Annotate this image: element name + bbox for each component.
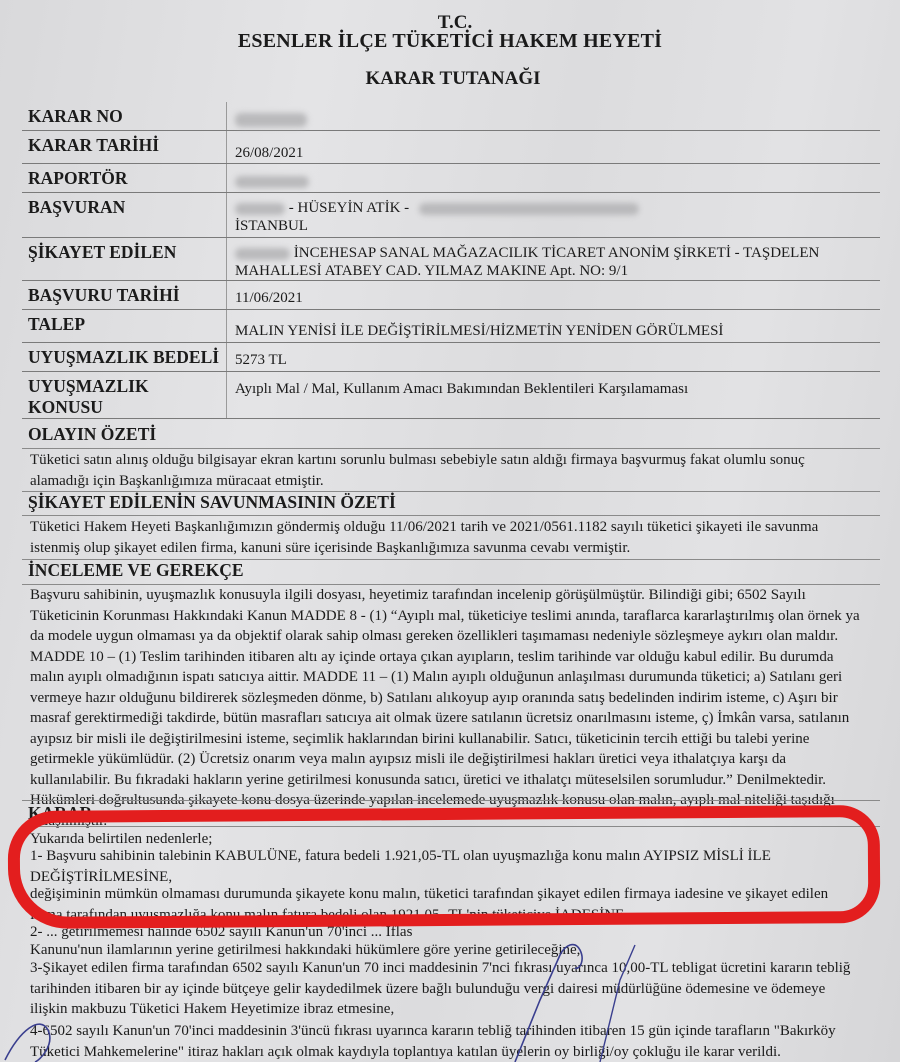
karar-item-3: 3-Şikayet edilen firma tarafından 6502 s…	[30, 958, 860, 1020]
row-basvuru-tarihi: BAŞVURU TARİHİ 11/06/2021	[22, 281, 880, 310]
field-value-redacted	[227, 102, 307, 130]
field-label: UYUŞMAZLIK BEDELİ	[22, 343, 227, 371]
field-value: Ayıplı Mal / Mal, Kullanım Amacı Bakımın…	[227, 372, 688, 418]
document-title: ESENLER İLÇE TÜKETİCİ HAKEM HEYETİ	[0, 30, 900, 53]
row-talep: TALEP MALIN YENİSİ İLE DEĞİŞTİRİLMESİ/Hİ…	[22, 310, 880, 343]
respondent-name: İNCEHESAP SANAL MAĞAZACILIK TİCARET ANON…	[294, 245, 820, 261]
field-value: - HÜSEYİN ATİK - İSTANBUL	[227, 193, 639, 237]
section-heading-karar: KARAR	[28, 803, 92, 824]
row-karar-no: KARAR NO	[22, 102, 880, 131]
case-info-table: KARAR NO KARAR TARİHİ 26/08/2021 RAPORTÖ…	[22, 102, 880, 419]
section-text-inceleme: Başvuru sahibinin, uyuşmazlık konusuyla …	[30, 585, 860, 831]
section-text-olay: Tüketici satın alınış olduğu bilgisayar …	[30, 450, 860, 491]
field-label: UYUŞMAZLIK KONUSU	[22, 372, 227, 418]
section-heading-olay: OLAYIN ÖZETİ	[28, 424, 156, 445]
field-label: ŞİKAYET EDİLEN	[22, 238, 227, 280]
karar-item-1a: 1- Başvuru sahibinin talebinin KABULÜNE,…	[30, 846, 860, 887]
field-label: RAPORTÖR	[22, 164, 227, 192]
respondent-address: MAHALLESİ ATABEY CAD. YILMAZ MAKINE Apt.…	[235, 263, 628, 279]
row-uyusmazlik-konusu: UYUŞMAZLIK KONUSU Ayıplı Mal / Mal, Kull…	[22, 372, 880, 419]
section-heading-inceleme: İNCELEME VE GEREKÇE	[28, 560, 244, 581]
field-value: 11/06/2021	[227, 281, 303, 309]
field-value: MALIN YENİSİ İLE DEĞİŞTİRİLMESİ/HİZMETİN…	[227, 310, 723, 342]
karar-item-4: 4-6502 sayılı Kanun'un 70'inci maddesini…	[30, 1021, 860, 1062]
field-label: BAŞVURU TARİHİ	[22, 281, 227, 309]
divider	[22, 448, 880, 449]
document-subtitle: KARAR TUTANAĞI	[6, 68, 900, 90]
applicant-name: - HÜSEYİN ATİK -	[289, 200, 409, 216]
row-basvuran: BAŞVURAN - HÜSEYİN ATİK - İSTANBUL	[22, 193, 880, 238]
decision-document: T.C. ESENLER İLÇE TÜKETİCİ HAKEM HEYETİ …	[0, 0, 900, 1062]
divider	[22, 515, 880, 516]
row-raportor: RAPORTÖR	[22, 164, 880, 193]
applicant-city: İSTANBUL	[235, 218, 308, 234]
field-label: TALEP	[22, 310, 227, 342]
divider	[22, 826, 880, 827]
field-value-redacted	[227, 164, 309, 192]
karar-item-1b: değişiminin mümkün olmaması durumunda şi…	[30, 884, 860, 925]
field-label: KARAR TARİHİ	[22, 131, 227, 163]
row-uyusmazlik-bedeli: UYUŞMAZLIK BEDELİ 5273 TL	[22, 343, 880, 372]
field-label: BAŞVURAN	[22, 193, 227, 237]
section-heading-savunma: ŞİKAYET EDİLENİN SAVUNMASININ ÖZETİ	[28, 492, 396, 513]
field-value: İNCEHESAP SANAL MAĞAZACILIK TİCARET ANON…	[227, 238, 819, 280]
field-value: 5273 TL	[227, 343, 287, 371]
divider	[22, 800, 880, 801]
field-label: KARAR NO	[22, 102, 227, 130]
section-text-savunma: Tüketici Hakem Heyeti Başkanlığımızın gö…	[30, 517, 860, 558]
row-sikayet-edilen: ŞİKAYET EDİLEN İNCEHESAP SANAL MAĞAZACIL…	[22, 238, 880, 281]
field-value: 26/08/2021	[227, 131, 303, 163]
row-karar-tarihi: KARAR TARİHİ 26/08/2021	[22, 131, 880, 164]
